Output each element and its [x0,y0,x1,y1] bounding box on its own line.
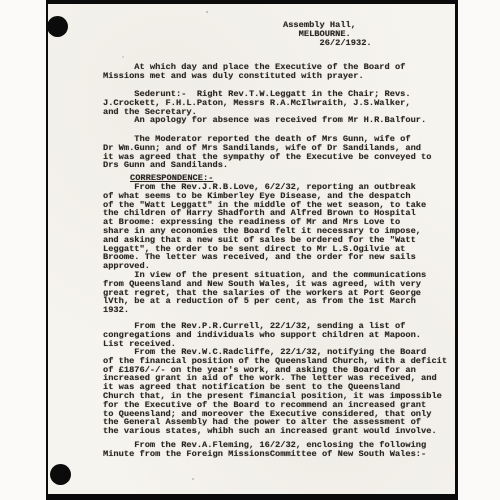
paper-speck [192,478,194,480]
punch-hole-bottom [50,464,71,485]
paper-speck [122,56,124,58]
document-text: Assembly Hall, MELBOURNE. 26/2/1932. At … [0,0,500,500]
sederunt-paragraph: Sederunt:- Right Rev.T.W.Leggatt in the … [103,90,426,125]
scanned-document: Assembly Hall, MELBOURNE. 26/2/1932. At … [0,0,500,500]
radcliffe-letter-paragraph: From the Rev.W.C.Radcliffe, 22/1/32, not… [103,348,447,436]
punch-hole-top [47,16,68,37]
currell-letter-paragraph: From the Rev.P.R.Currell, 22/1/32, sendi… [103,322,421,348]
love-letter-paragraph: From the Rev.J.R.B.Love, 6/2/32, reporti… [103,183,426,315]
dateline: Assembly Hall, MELBOURNE. 26/2/1932. [283,21,372,47]
fleming-letter-paragraph: From the Rev.A.Fleming, 16/2/32, enclosi… [103,441,426,459]
paper-speck [206,11,208,13]
moderator-paragraph: The Moderator reported the death of Mrs … [103,135,431,170]
opening-paragraph: At which day and place the Executive of … [103,63,405,81]
